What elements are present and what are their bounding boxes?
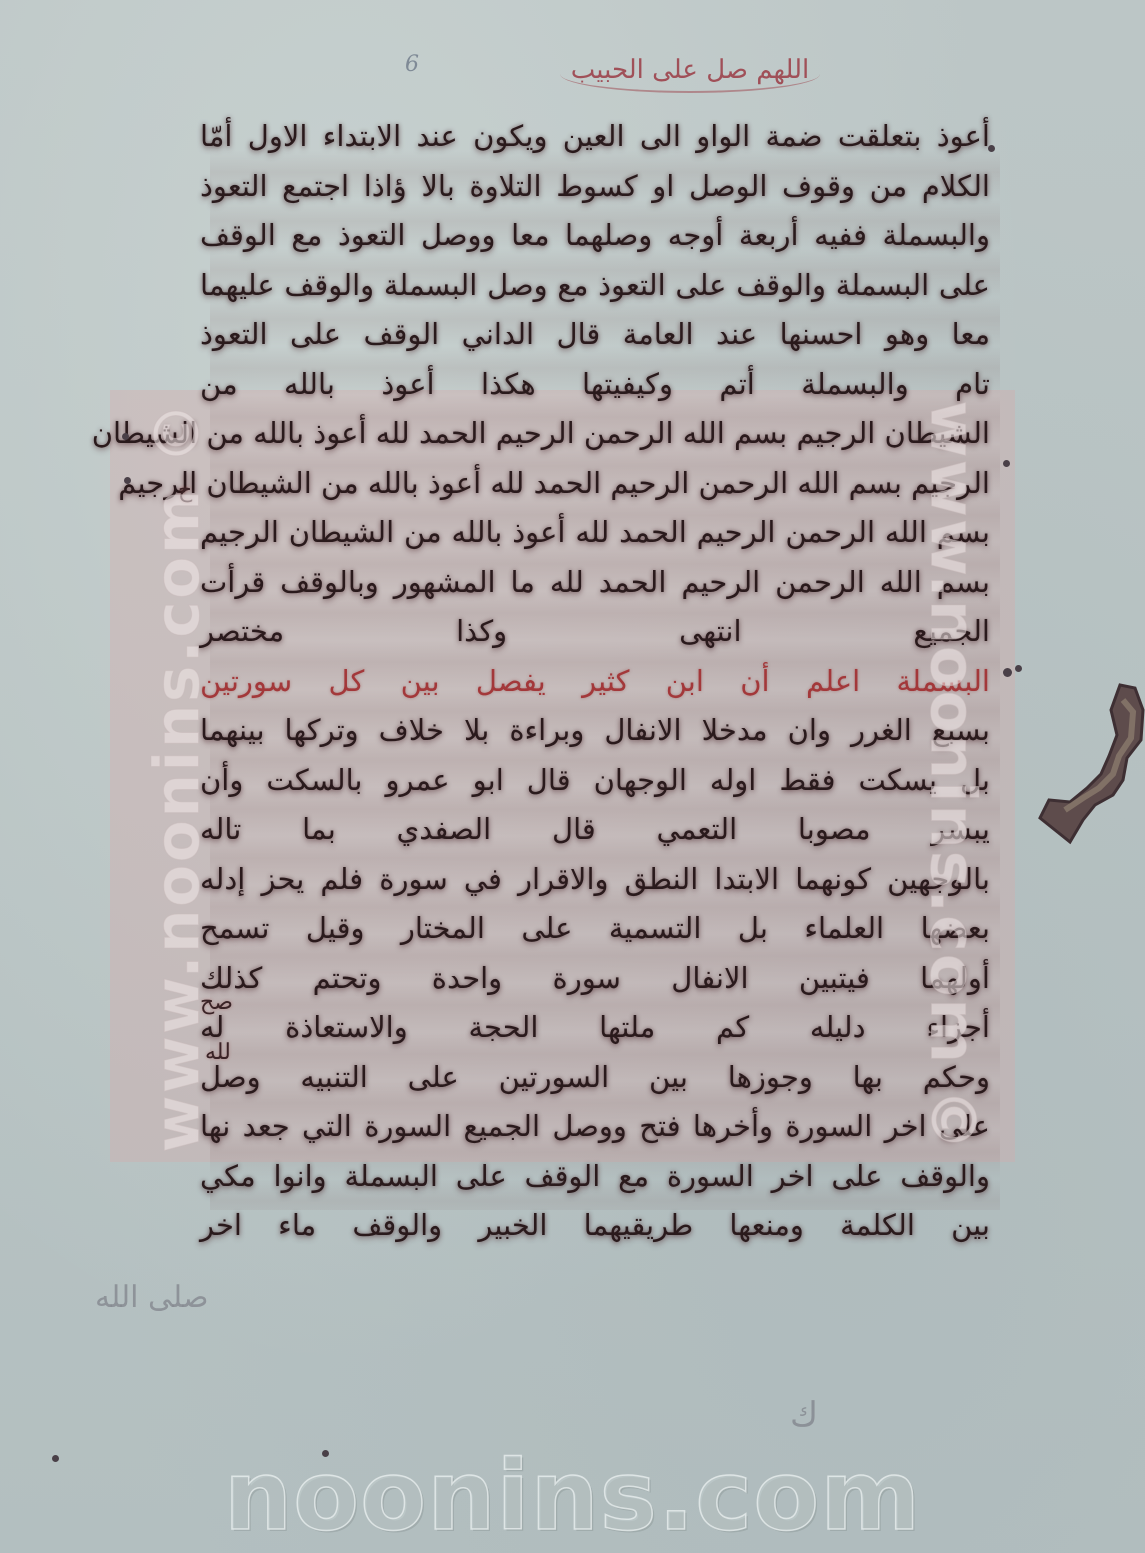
text-line: بسبع الغرر وان مدخلا الانفال وبراءة بلا … [200, 706, 990, 756]
text-line: بالوجهين كونهما الابتدا النطق والاقرار ف… [200, 855, 990, 905]
text-line: على اخر السورة وأخرها فتح ووصل الجميع ال… [200, 1102, 990, 1152]
ink-speck [322, 1450, 329, 1457]
text-line: على البسملة والوقف على التعوذ مع وصل الب… [200, 261, 990, 311]
header-rubric: اللهم صل على الحبيب [560, 55, 820, 93]
ink-speck [124, 477, 131, 484]
ink-speck [1003, 668, 1012, 677]
text-line: بل يسكت فقط اوله الوجهان قال ابو عمرو با… [200, 756, 990, 806]
paper-damage-hole [1035, 670, 1145, 845]
text-line: الجميع انتهى وكذا مختصر [200, 607, 990, 657]
text-line: بعضها العلماء بل التسمية على المختار وقي… [200, 904, 990, 954]
ink-speck [988, 145, 995, 152]
ink-speck [122, 433, 129, 440]
folio-number: 6 [405, 52, 419, 77]
watermark-vertical-right: www.noonins.com © [918, 390, 988, 1162]
text-line-rubric: البسملة اعلم أن ابن كثير يفصل بين كل سور… [200, 657, 990, 707]
ink-speck [1003, 460, 1010, 467]
watermark-bottom: noonins.com [0, 1440, 1145, 1552]
text-line: معا وهو احسنها عند العامة قال الداني الو… [200, 310, 990, 360]
faded-margin-note: صلى الله [95, 1280, 208, 1315]
text-line: أجزاء دليله كم ملتها الحجة والاستعاذة له [200, 1003, 990, 1053]
text-line: بسم الله الرحمن الرحيم الحمد لله ما المش… [200, 558, 990, 608]
text-line: والبسملة ففيه أربعة أوجه وصلهما معا ووصل… [200, 211, 990, 261]
text-line: وحكم بها وجوزها بين السورتين على التنبيه… [200, 1053, 990, 1103]
watermark-vertical-left: www.noonins.com © [142, 390, 212, 1162]
text-line: والوقف على اخر السورة مع الوقف على البسم… [200, 1152, 990, 1202]
text-line: أولهما فيتبين الانفال سورة واحدة وتحتم ك… [200, 954, 990, 1004]
text-line: الكلام من وقوف الوصل او كسوط التلاوة بال… [200, 162, 990, 212]
text-line: بين الكلمة ومنعها طريقيهما الخبير والوقف… [200, 1201, 990, 1251]
faded-margin-note: ك [790, 1395, 818, 1435]
text-line: تام والبسملة أتم وكيفيتها هكذا أعوذ بالل… [200, 360, 990, 410]
ink-speck [1015, 665, 1022, 672]
text-line: بسم الله الرحمن الرحيم الحمد لله أعوذ با… [200, 508, 990, 558]
main-text-block: أعوذ بتعلقت ضمة الواو الى العين ويكون عن… [200, 112, 990, 1251]
text-line: الرجيم بسم الله الرحمن الرحيم الحمد لله … [200, 459, 990, 509]
text-line: أعوذ بتعلقت ضمة الواو الى العين ويكون عن… [200, 112, 990, 162]
ink-speck [52, 1455, 59, 1462]
manuscript-page: 6 اللهم صل على الحبيب أعوذ بتعلقت ضمة ال… [0, 0, 1145, 1553]
text-line: يبسر مصوبا التعمي قال الصفدي بما تاله [200, 805, 990, 855]
text-line: الشيطان الرجيم بسم الله الرحمن الرحيم ال… [200, 409, 990, 459]
